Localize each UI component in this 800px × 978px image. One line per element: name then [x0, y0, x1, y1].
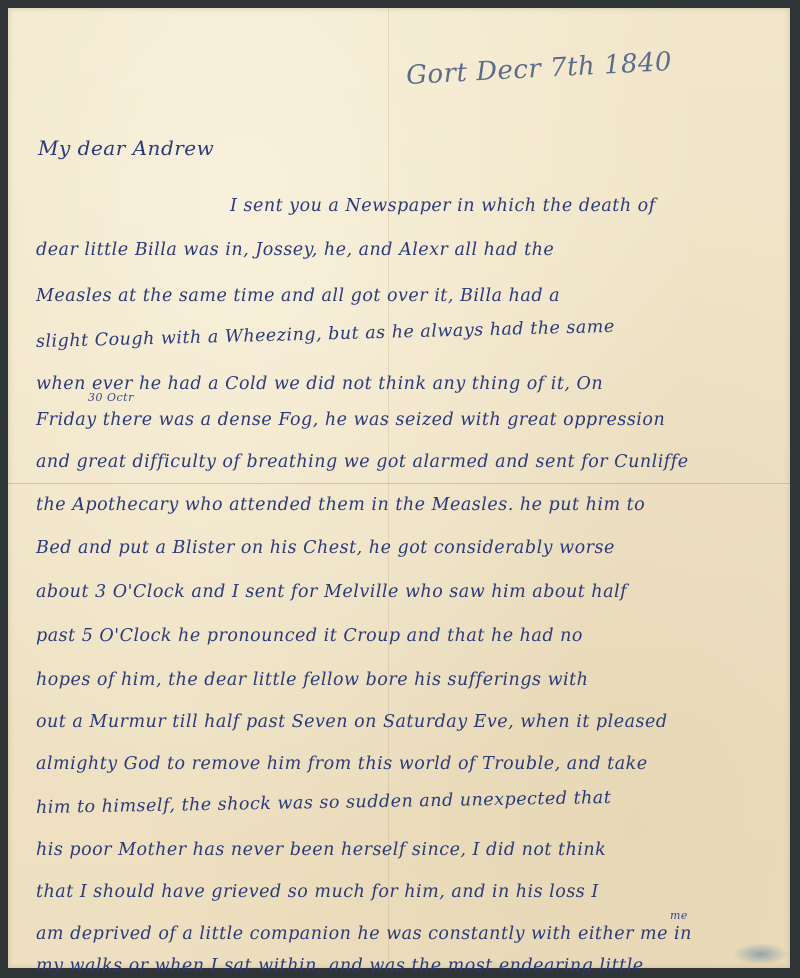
vertical-crease	[388, 8, 389, 968]
letter-line: almighty God to remove him from this wor…	[36, 756, 648, 774]
letter-line: dear little Billa was in, Jossey, he, an…	[36, 242, 554, 260]
ink-smudge	[733, 943, 788, 965]
letter-line: hopes of him, the dear little fellow bor…	[36, 672, 588, 690]
letter-line: slight Cough with a Wheezing, but as he …	[36, 319, 615, 352]
letter-line: his poor Mother has never been herself s…	[36, 842, 606, 860]
letter-line: I sent you a Newspaper in which the deat…	[230, 198, 656, 216]
letter-line: and great difficulty of breathing we got…	[36, 454, 689, 472]
salutation: My dear Andrew	[38, 138, 214, 158]
letter-line: my walks or when I sat within, and was t…	[36, 958, 644, 976]
letter-line: Measles at the same time and all got ove…	[36, 288, 560, 306]
letter-line: Friday there was a dense Fog, he was sei…	[36, 412, 665, 430]
interlinear-note: me	[670, 910, 688, 921]
letter-line: Bed and put a Blister on his Chest, he g…	[36, 540, 615, 558]
interlinear-note: 30 Octr	[88, 392, 134, 403]
letter-line: him to himself, the shock was so sudden …	[36, 790, 612, 818]
letter-line: that I should have grieved so much for h…	[36, 884, 599, 902]
letter-line: past 5 O'Clock he pronounced it Croup an…	[36, 628, 583, 646]
letter-line: am deprived of a little companion he was…	[36, 926, 692, 944]
fold-line	[8, 483, 790, 484]
letter-line: about 3 O'Clock and I sent for Melville …	[36, 584, 627, 602]
letter-page: Gort Decr 7th 1840 My dear Andrew I sent…	[8, 8, 790, 968]
dateline: Gort Decr 7th 1840	[406, 49, 673, 89]
letter-line: the Apothecary who attended them in the …	[36, 497, 645, 515]
letter-line: out a Murmur till half past Seven on Sat…	[36, 714, 668, 732]
